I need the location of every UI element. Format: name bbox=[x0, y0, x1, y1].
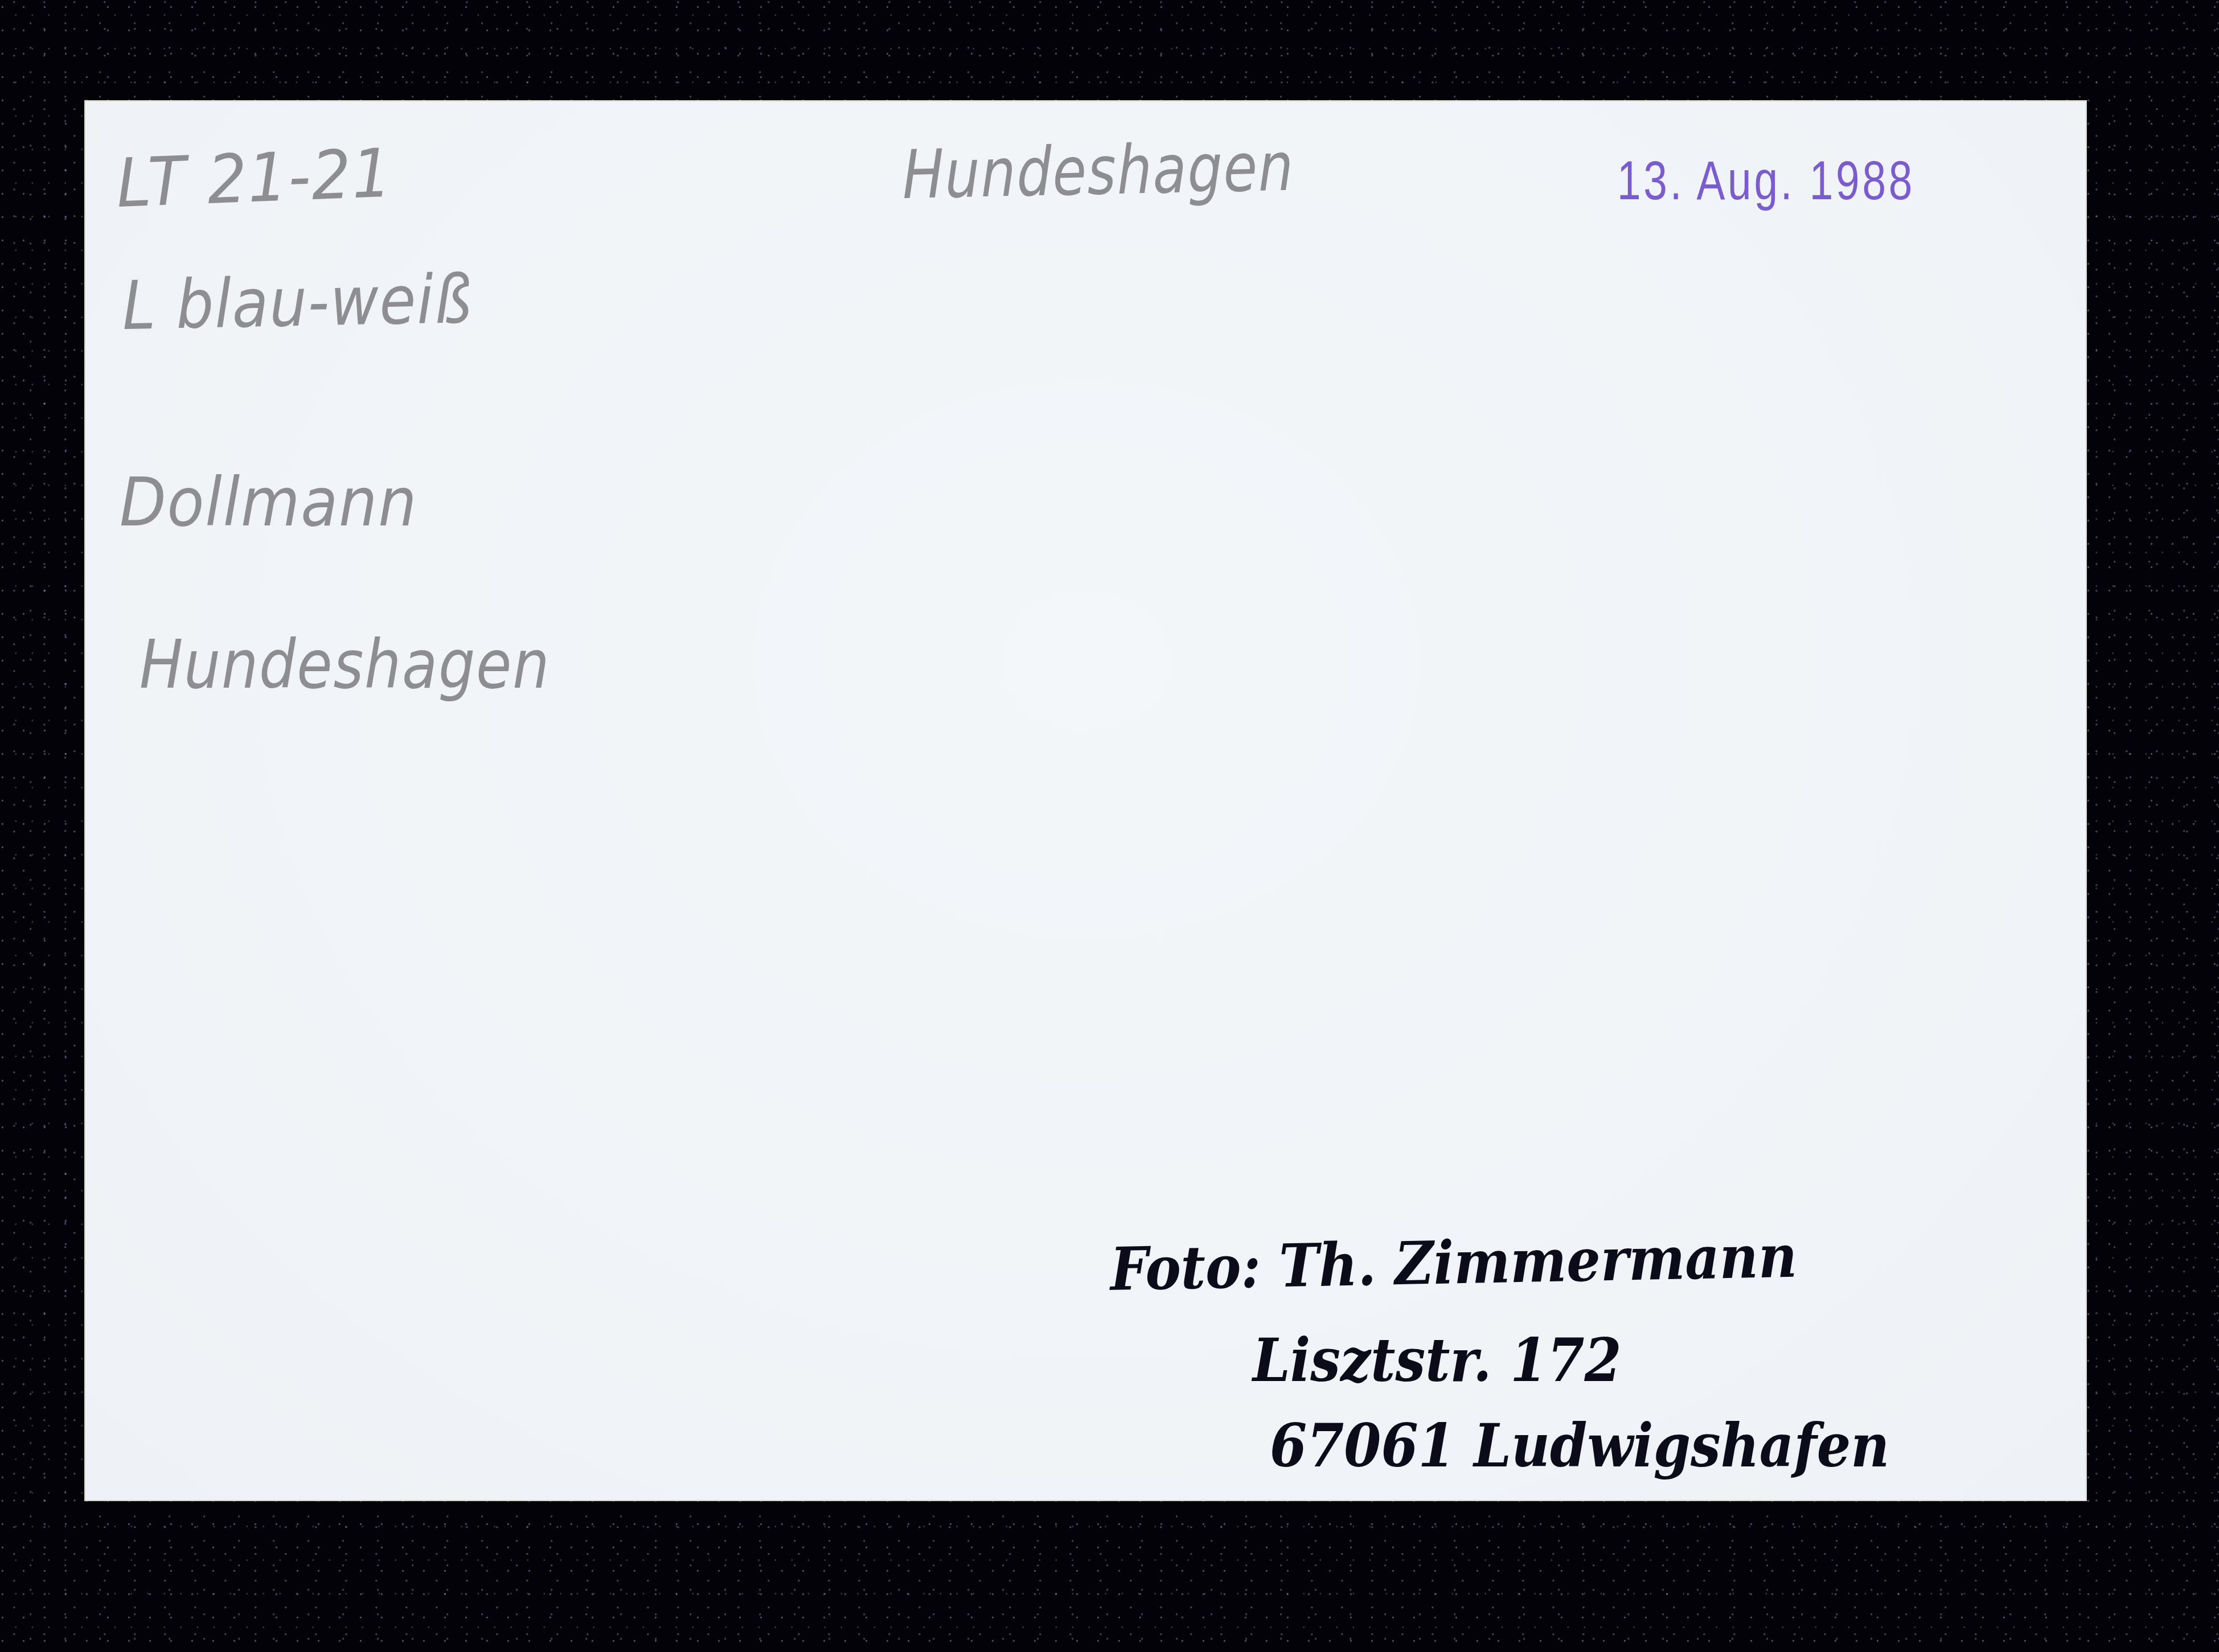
owner-name: Dollmann bbox=[120, 463, 417, 541]
header-place-name: Hundeshagen bbox=[902, 127, 1295, 214]
owner-place: Hundeshagen bbox=[140, 625, 550, 704]
photo-card-back: LT 21-21 Hundeshagen 13. Aug. 1988 L bla… bbox=[85, 101, 2086, 1500]
photo-credit-name: Foto: Th. Zimmermann bbox=[1110, 1221, 1798, 1304]
photo-credit-street: Lisztstr. 172 bbox=[1253, 1325, 1622, 1395]
photo-credit-city: 67061 Ludwigshafen bbox=[1270, 1411, 1889, 1481]
color-note: L blau-weiß bbox=[122, 260, 473, 345]
catalog-number: LT 21-21 bbox=[116, 134, 393, 223]
date-stamp: 13. Aug. 1988 bbox=[1617, 150, 1915, 212]
